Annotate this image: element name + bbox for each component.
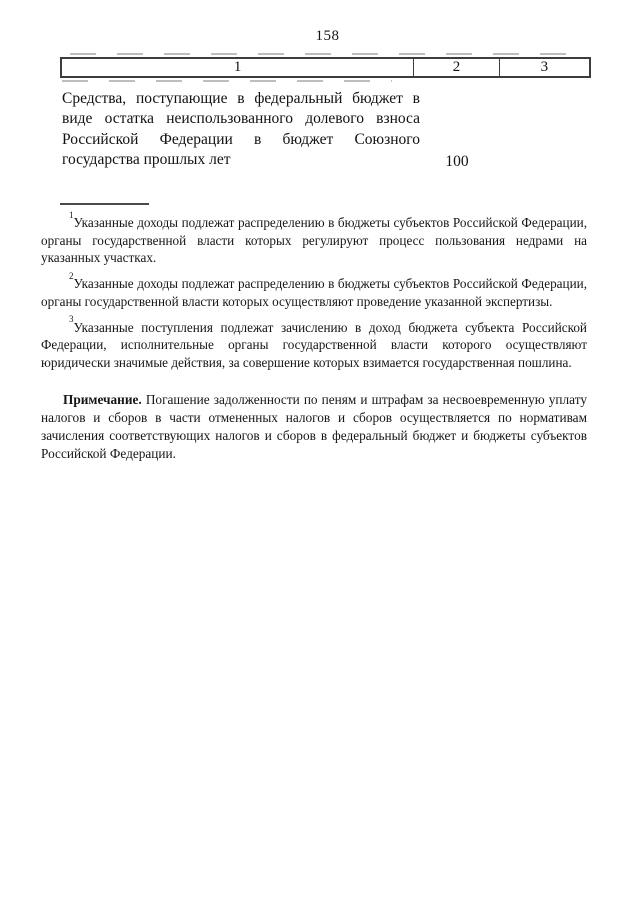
footnote-3-marker: 3 [69, 314, 74, 324]
entry-description: Средства, поступающие в федеральный бюдж… [62, 89, 420, 171]
footnote-3: 3Указанные поступления подлежат зачислен… [41, 319, 587, 372]
note-label: Примечание. [63, 392, 142, 407]
footnote-3-text: Указанные поступления подлежат зачислени… [41, 320, 587, 370]
footnote-2-text: Указанные доходы подлежат распределению … [41, 276, 587, 309]
entry-value: 100 [414, 153, 500, 171]
table-column-3: 3 [499, 59, 589, 76]
footnote-2: 2Указанные доходы подлежат распределению… [41, 275, 587, 310]
scan-smudge-top [70, 53, 585, 55]
footnote-1: 1Указанные доходы подлежат распределению… [41, 214, 587, 267]
document-page: 158 1 2 3 Средства, поступающие в федера… [0, 0, 640, 905]
table-column-2: 2 [413, 59, 498, 76]
note-paragraph: Примечание. Погашение задолженности по п… [41, 391, 587, 463]
footnote-separator [60, 203, 149, 205]
footnotes-block: 1Указанные доходы подлежат распределению… [41, 214, 587, 380]
footnote-1-marker: 1 [69, 210, 74, 220]
table-column-1: 1 [62, 59, 413, 76]
page-number: 158 [0, 28, 640, 45]
table-header-row: 1 2 3 [60, 57, 591, 78]
footnote-1-text: Указанные доходы подлежат распределению … [41, 215, 587, 265]
scan-smudge-bottom [62, 80, 392, 82]
footnote-2-marker: 2 [69, 271, 74, 281]
